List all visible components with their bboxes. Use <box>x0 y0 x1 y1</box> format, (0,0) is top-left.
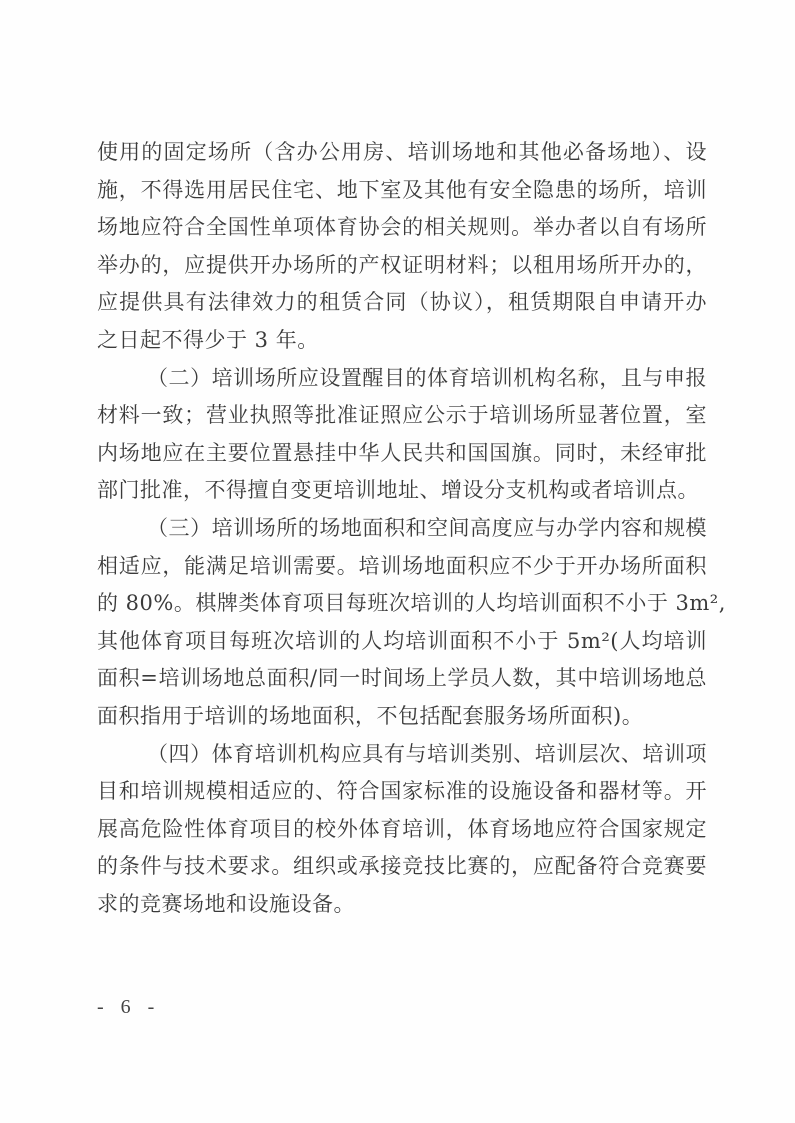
paragraph-continuation: 使用的固定场所（含办公用房、培训场地和其他必备场地）、设 施，不得选用居民住宅、… <box>97 134 707 360</box>
text-line: 的 80%。棋牌类体育项目每班次培训的人均培训面积不小于 3m², <box>97 585 707 623</box>
text-line: 展高危险性体育项目的校外体育培训，体育场地应符合国家规定 <box>97 811 707 849</box>
text-line: 施，不得选用居民住宅、地下室及其他有安全隐患的场所，培训 <box>97 172 707 210</box>
text-line: 使用的固定场所（含办公用房、培训场地和其他必备场地）、设 <box>97 134 707 172</box>
text-line: 举办的，应提供开办场所的产权证明材料；以租用场所开办的， <box>97 247 707 285</box>
document-body: 使用的固定场所（含办公用房、培训场地和其他必备场地）、设 施，不得选用居民住宅、… <box>97 134 707 923</box>
text-line: 面积指用于培训的场地面积，不包括配套服务场所面积)。 <box>97 698 707 736</box>
text-line: 其他体育项目每班次培训的人均培训面积不小于 5m²(人均培训 <box>97 623 707 661</box>
text-line: 之日起不得少于 3 年。 <box>97 322 707 360</box>
paragraph-item-3: （三）培训场所的场地面积和空间高度应与办学内容和规模 相适应，能满足培训需要。培… <box>97 510 707 736</box>
text-line: （二）培训场所应设置醒目的体育培训机构名称，且与申报 <box>97 360 707 398</box>
document-page: 使用的固定场所（含办公用房、培训场地和其他必备场地）、设 施，不得选用居民住宅、… <box>0 0 795 1123</box>
text-line: 的条件与技术要求。组织或承接竞技比赛的，应配备符合竞赛要 <box>97 848 707 886</box>
page-number: - 6 - <box>97 996 160 1019</box>
text-line: 求的竞赛场地和设施设备。 <box>97 886 707 924</box>
paragraph-item-4: （四）体育培训机构应具有与培训类别、培训层次、培训项 目和培训规模相适应的、符合… <box>97 736 707 924</box>
paragraph-item-2: （二）培训场所应设置醒目的体育培训机构名称，且与申报 材料一致；营业执照等批准证… <box>97 360 707 510</box>
text-line: 应提供具有法律效力的租赁合同（协议），租赁期限自申请开办 <box>97 284 707 322</box>
text-line: 场地应符合全国性单项体育协会的相关规则。举办者以自有场所 <box>97 209 707 247</box>
text-line: 部门批准，不得擅自变更培训地址、增设分支机构或者培训点。 <box>97 472 707 510</box>
text-line: 相适应，能满足培训需要。培训场地面积应不少于开办场所面积 <box>97 548 707 586</box>
text-line: 面积=培训场地总面积/同一时间场上学员人数，其中培训场地总 <box>97 660 707 698</box>
text-line: 目和培训规模相适应的、符合国家标准的设施设备和器材等。开 <box>97 773 707 811</box>
text-line: 材料一致；营业执照等批准证照应公示于培训场所显著位置，室 <box>97 397 707 435</box>
text-line: 内场地应在主要位置悬挂中华人民共和国国旗。同时，未经审批 <box>97 435 707 473</box>
text-line: （四）体育培训机构应具有与培训类别、培训层次、培训项 <box>97 736 707 774</box>
text-line: （三）培训场所的场地面积和空间高度应与办学内容和规模 <box>97 510 707 548</box>
